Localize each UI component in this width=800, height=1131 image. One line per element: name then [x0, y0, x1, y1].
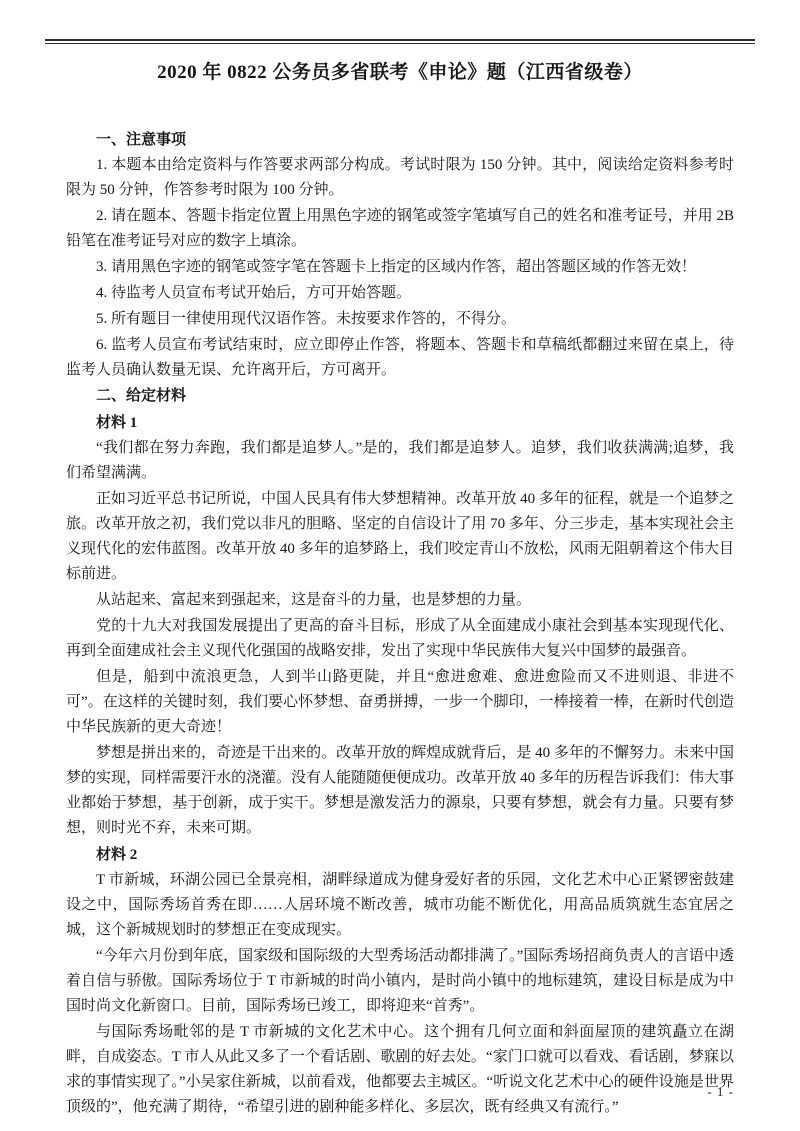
notice-item-3: 3. 请用黑色字迹的钢笔或签字笔在答题卡上指定的区域内作答，超出答题区域的作答无… [66, 255, 734, 280]
exam-paper-page: 2020 年 0822 公务员多省联考《申论》题（江西省级卷） 一、注意事项 1… [0, 0, 800, 1131]
material-1-paragraph-1: “我们都在努力奔跑，我们都是追梦人。”是的，我们都是追梦人。追梦，我们收获满满;… [66, 436, 734, 486]
page-content: 2020 年 0822 公务员多省联考《申论》题（江西省级卷） 一、注意事项 1… [66, 52, 734, 1121]
section-heading-notice: 一、注意事项 [66, 128, 734, 153]
notice-item-4: 4. 待监考人员宣布考试开始后，方可开始答题。 [66, 281, 734, 306]
material-1-label: 材料 1 [66, 411, 734, 436]
material-1-paragraph-5: 但是，船到中流浪更急，人到半山路更陡，并且“愈进愈难、愈进愈险而又不进则退、非进… [66, 665, 734, 740]
notice-item-1: 1. 本题本由给定资料与作答要求两部分构成。考试时限为 150 分钟。其中，阅读… [66, 153, 734, 203]
header-double-rule [45, 39, 755, 44]
material-2-paragraph-1: T 市新城，环湖公园已全景亮相，湖畔绿道成为健身爱好者的乐园，文化艺术中心正紧锣… [66, 868, 734, 943]
page-number: - 1 - [707, 1084, 734, 1100]
material-2-label: 材料 2 [66, 843, 734, 868]
page-title: 2020 年 0822 公务员多省联考《申论》题（江西省级卷） [66, 60, 734, 86]
section-heading-materials: 二、给定材料 [66, 384, 734, 409]
material-2-paragraph-3: 与国际秀场毗邻的是 T 市新城的文化艺术中心。这个拥有几何立面和斜面屋顶的建筑矗… [66, 1020, 734, 1120]
notice-item-6: 6. 监考人员宣布考试结束时，应立即停止作答，将题本、答题卡和草稿纸都翻过来留在… [66, 333, 734, 383]
notice-item-5: 5. 所有题目一律使用现代汉语作答。未按要求作答的，不得分。 [66, 307, 734, 332]
material-1-paragraph-6: 梦想是拼出来的，奇迹是干出来的。改革开放的辉煌成就背后，是 40 多年的不懈努力… [66, 741, 734, 841]
notice-item-2: 2. 请在题本、答题卡指定位置上用黑色字迹的钢笔或签字笔填写自己的姓名和准考证号… [66, 204, 734, 254]
material-1-paragraph-3: 从站起来、富起来到强起来，这是奋斗的力量，也是梦想的力量。 [66, 588, 734, 613]
material-1-paragraph-2: 正如习近平总书记所说，中国人民具有伟大梦想精神。改革开放 40 多年的征程，就是… [66, 487, 734, 587]
material-1-paragraph-4: 党的十九大对我国发展提出了更高的奋斗目标，形成了从全面建成小康社会到基本实现现代… [66, 614, 734, 664]
material-2-paragraph-2: “今年六月份到年底，国家级和国际级的大型秀场活动都排满了。”国际秀场招商负责人的… [66, 944, 734, 1019]
